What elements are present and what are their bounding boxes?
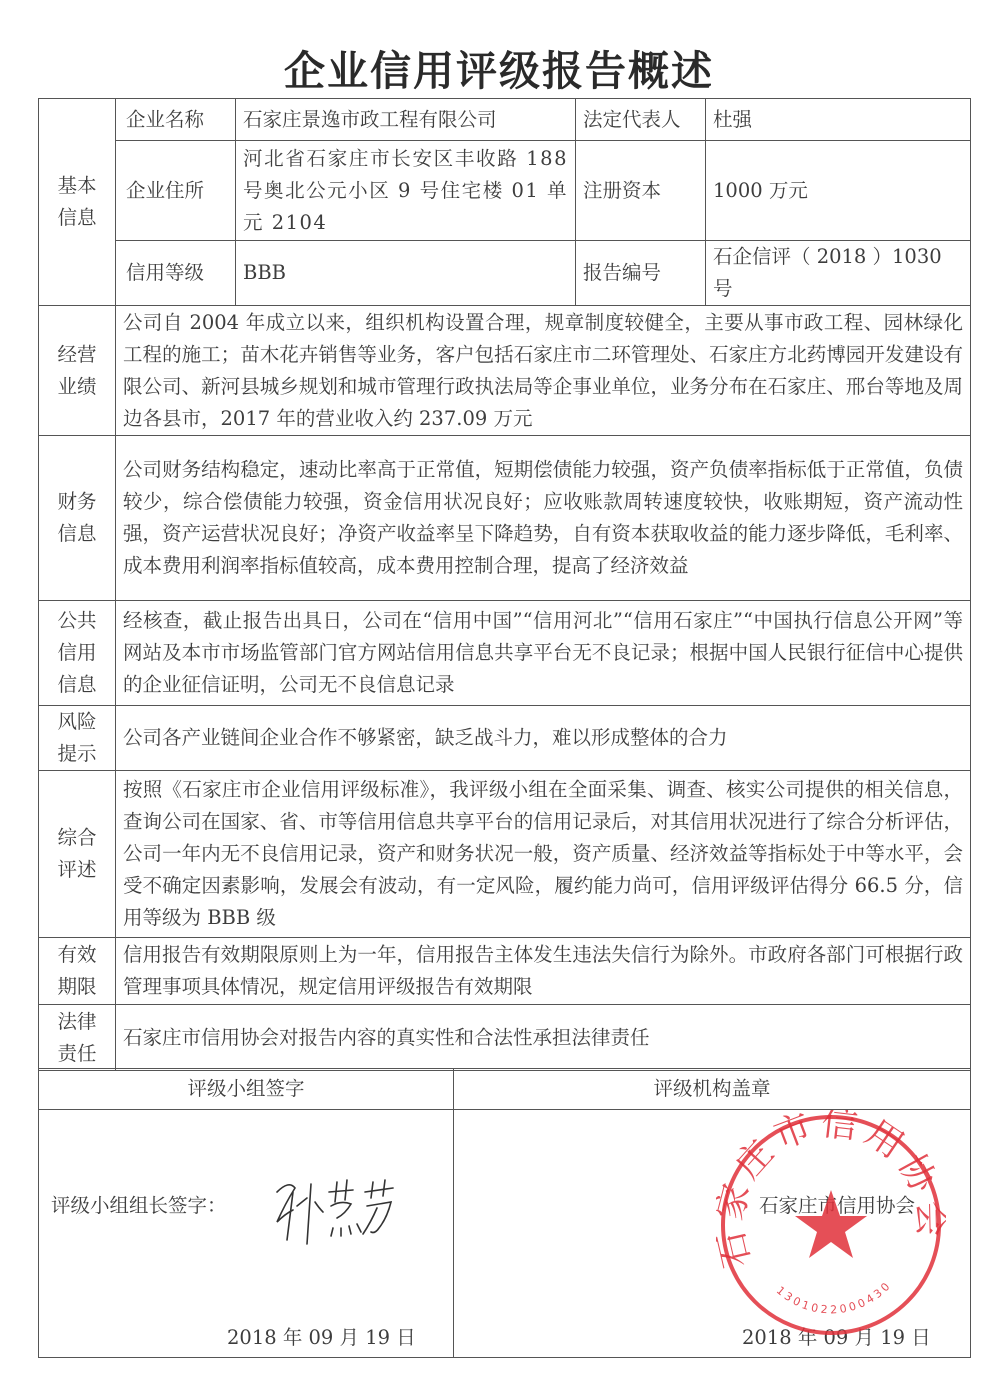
row-rating: 信用等级 BBB 报告编号 石企信评（ 2018 ）1030 号 — [39, 241, 971, 306]
team-signature-date: 2018 年 09 月 19 日 — [227, 1322, 416, 1354]
row-financial-info: 财务信息 公司财务结构稳定，速动比率高于正常值，短期偿债能力较强，资产负债率指标… — [39, 436, 971, 601]
team-signature-cell: 评级小组组长签字： 2018 年 09 月 19 日 — [39, 1110, 454, 1358]
row-company-name: 基本信息 企业名称 石家庄景逸市政工程有限公司 法定代表人 杜强 — [39, 99, 971, 141]
financial-info-text: 公司财务结构稳定，速动比率高于正常值，短期偿债能力较强，资产负债率指标低于正常值… — [116, 436, 971, 601]
business-performance-text: 公司自 2004 年成立以来，组织机构设置合理，规章制度较健全，主要从事市政工程… — [116, 306, 971, 436]
row-signature-headers: 评级小组签字 评级机构盖章 — [39, 1069, 971, 1110]
category-summary: 综合评述 — [39, 771, 116, 938]
report-no-label: 报告编号 — [576, 241, 706, 306]
row-public-credit: 公共信用信息 经核查，截止报告出具日，公司在“信用中国”“信用河北”“信用石家庄… — [39, 601, 971, 706]
signature-table: 评级小组签字 评级机构盖章 评级小组组长签字： 2018 年 09 月 19 日… — [38, 1068, 971, 1358]
rating-label: 信用等级 — [116, 241, 236, 306]
validity-text: 信用报告有效期限原则上为一年，信用报告主体发生违法失信行为除外。市政府各部门可根… — [116, 938, 971, 1005]
address-value: 河北省石家庄市长安区丰收路 188 号奥北公元小区 9 号住宅楼 01 单元 2… — [236, 141, 576, 241]
team-signature-header: 评级小组签字 — [39, 1069, 454, 1110]
legal-rep-label: 法定代表人 — [576, 99, 706, 141]
org-stamp-header: 评级机构盖章 — [454, 1069, 971, 1110]
leader-signature-label: 评级小组组长签字： — [51, 1190, 227, 1222]
public-credit-text: 经核查，截止报告出具日，公司在“信用中国”“信用河北”“信用石家庄”“中国执行信… — [116, 601, 971, 706]
risk-warning-text: 公司各产业链间企业合作不够紧密，缺乏战斗力，难以形成整体的合力 — [116, 706, 971, 771]
legal-text: 石家庄市信用协会对报告内容的真实性和合法性承担法律责任 — [116, 1005, 971, 1071]
capital-value: 1000 万元 — [706, 141, 971, 241]
row-summary: 综合评述 按照《石家庄市企业信用评级标准》，我评级小组在全面采集、调查、核实公司… — [39, 771, 971, 938]
org-stamp-cell: 石家庄市信用协会 石家庄市信用协会 1301022000430 2018 年 0… — [454, 1110, 971, 1358]
row-legal: 法律责任 石家庄市信用协会对报告内容的真实性和合法性承担法律责任 — [39, 1005, 971, 1071]
category-risk-warning: 风险提示 — [39, 706, 116, 771]
category-legal: 法律责任 — [39, 1005, 116, 1071]
rating-value: BBB — [236, 241, 576, 306]
address-label: 企业住所 — [116, 141, 236, 241]
svg-text:1301022000430: 1301022000430 — [774, 1278, 895, 1316]
row-validity: 有效期限 信用报告有效期限原则上为一年，信用报告主体发生违法失信行为除外。市政府… — [39, 938, 971, 1005]
row-signatures: 评级小组组长签字： 2018 年 09 月 19 日 石家庄市信用协会 — [39, 1110, 971, 1358]
handwritten-signature-icon — [267, 1162, 397, 1252]
official-seal-icon: 石家庄市信用协会 1301022000430 — [716, 1110, 946, 1340]
category-business-performance: 经营业绩 — [39, 306, 116, 436]
row-address: 企业住所 河北省石家庄市长安区丰收路 188 号奥北公元小区 9 号住宅楼 01… — [39, 141, 971, 241]
company-name-value: 石家庄景逸市政工程有限公司 — [236, 99, 576, 141]
row-risk-warning: 风险提示 公司各产业链间企业合作不够紧密，缺乏战斗力，难以形成整体的合力 — [39, 706, 971, 771]
capital-label: 注册资本 — [576, 141, 706, 241]
summary-text: 按照《石家庄市企业信用评级标准》，我评级小组在全面采集、调查、核实公司提供的相关… — [116, 771, 971, 938]
company-name-label: 企业名称 — [116, 99, 236, 141]
page-title: 企业信用评级报告概述 — [0, 38, 998, 97]
category-basic-info: 基本信息 — [39, 99, 116, 306]
report-table: 基本信息 企业名称 石家庄景逸市政工程有限公司 法定代表人 杜强 企业住所 河北… — [38, 98, 971, 1071]
row-business-performance: 经营业绩 公司自 2004 年成立以来，组织机构设置合理，规章制度较健全，主要从… — [39, 306, 971, 436]
report-no-value: 石企信评（ 2018 ）1030 号 — [706, 241, 971, 306]
category-public-credit: 公共信用信息 — [39, 601, 116, 706]
category-validity: 有效期限 — [39, 938, 116, 1005]
legal-rep-value: 杜强 — [706, 99, 971, 141]
category-financial-info: 财务信息 — [39, 436, 116, 601]
